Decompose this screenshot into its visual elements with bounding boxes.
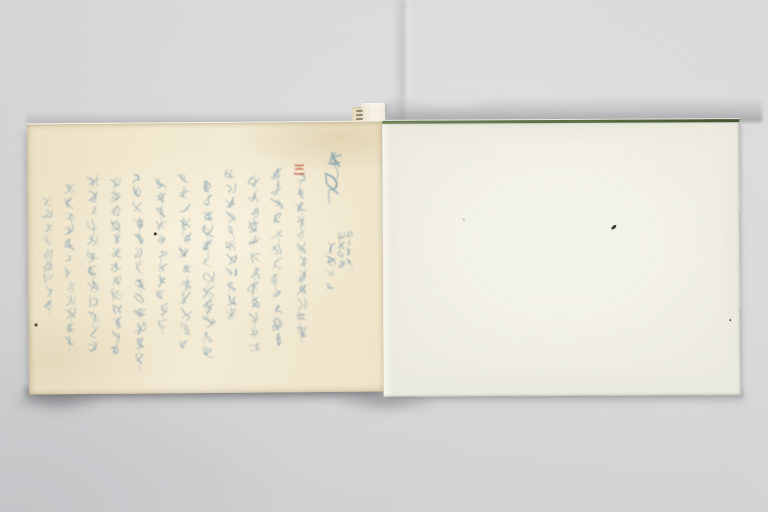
paper-speck — [463, 219, 465, 221]
cover-cloth-edge — [382, 119, 739, 124]
paper-speck — [154, 232, 157, 235]
red-seal — [295, 165, 304, 174]
backdrop-fold-line — [394, 0, 416, 122]
calligraphy — [27, 121, 384, 394]
left-page-calligraphy — [27, 120, 384, 394]
right-page-blank — [382, 119, 740, 397]
photo-backdrop — [0, 0, 768, 512]
page-sheen — [398, 137, 722, 371]
paper-speck — [729, 319, 731, 321]
paper-speck — [35, 323, 38, 326]
